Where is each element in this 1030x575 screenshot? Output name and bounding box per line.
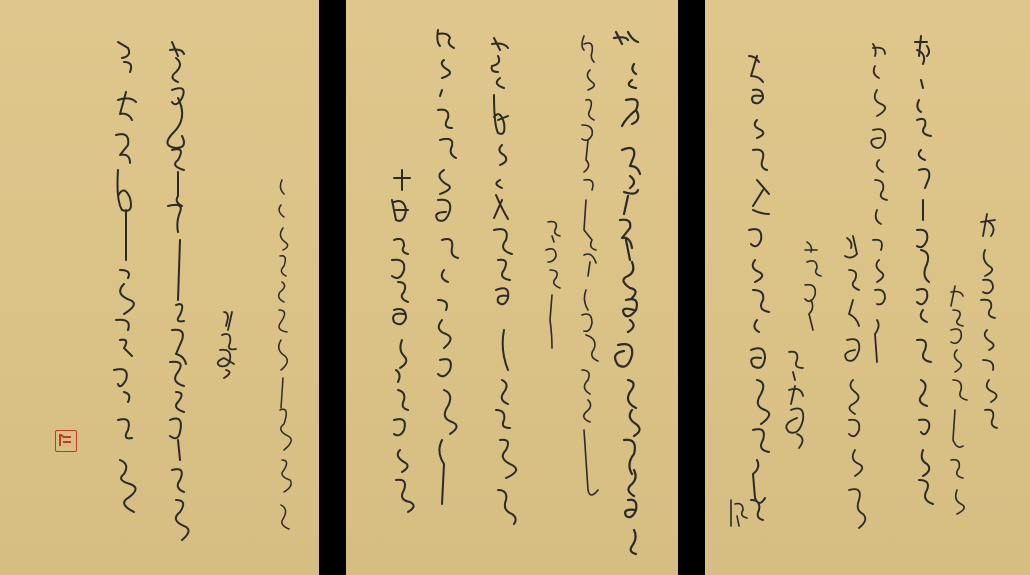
calligraphy-panel-middle — [346, 0, 678, 575]
red-seal-stamp — [55, 430, 77, 452]
calligraphy-panel-right — [705, 0, 1030, 575]
calligraphy-panel-left — [0, 0, 319, 575]
black-divider-2 — [678, 0, 705, 575]
ink-columns-right — [705, 0, 1030, 575]
ink-columns-middle — [346, 0, 678, 575]
ink-columns-left — [0, 0, 319, 575]
black-divider-1 — [319, 0, 346, 575]
